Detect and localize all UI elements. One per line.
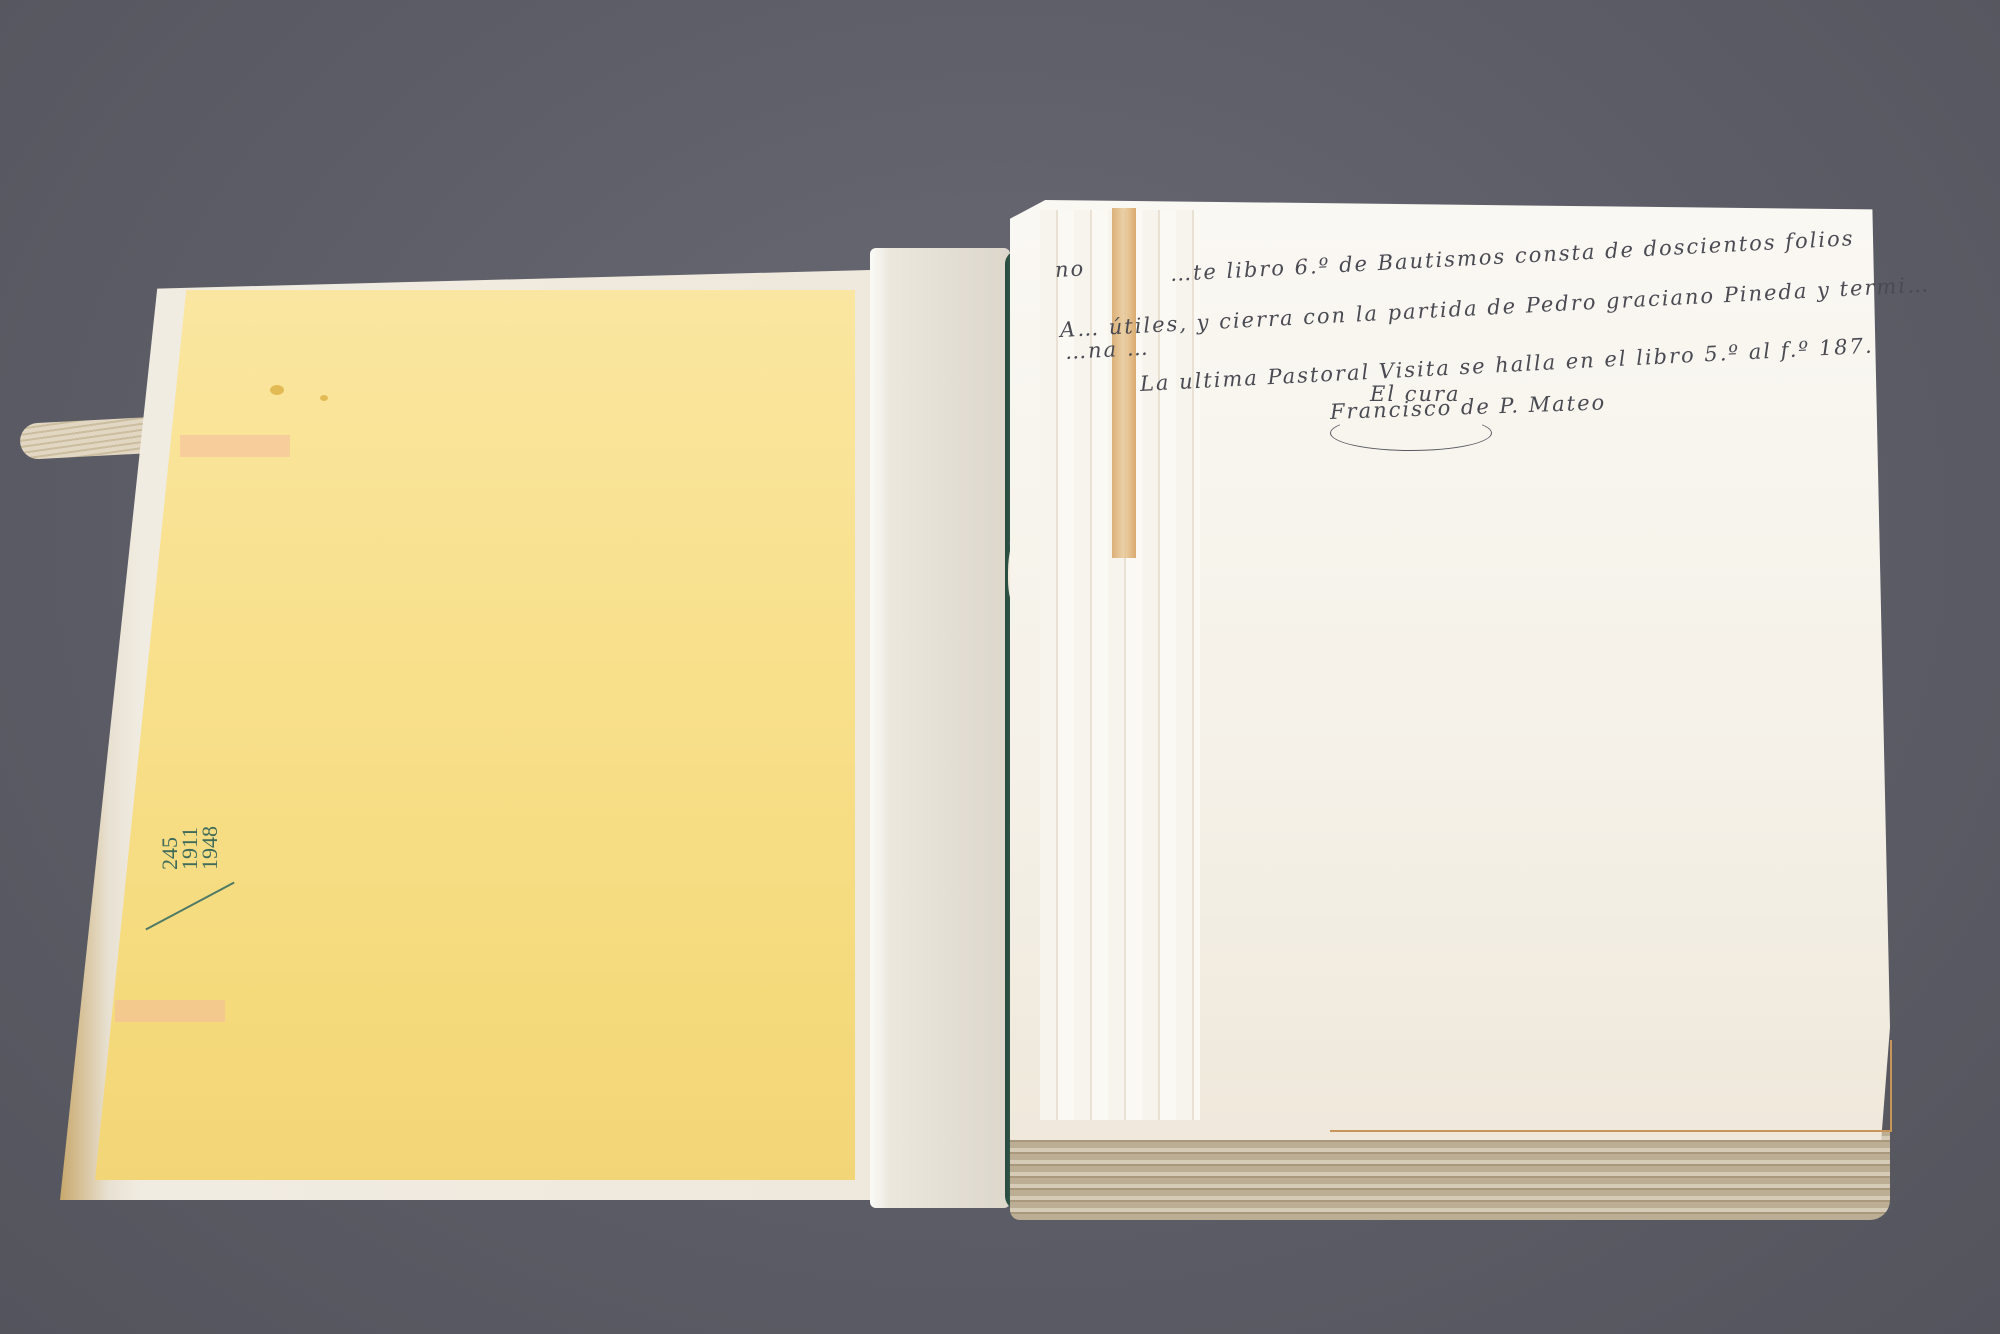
pencil-annotation: 245 1911 1948 bbox=[160, 826, 220, 870]
handwritten-line-4: …na … bbox=[1064, 336, 1150, 364]
spine-cloth-hinge bbox=[870, 248, 1010, 1208]
photo-scene: 245 1911 1948 ≈ ≈ no …te libro 6.º de Ba… bbox=[0, 0, 2000, 1334]
signature-flourish bbox=[1330, 415, 1492, 451]
stain bbox=[270, 385, 284, 395]
pink-residue bbox=[115, 1000, 225, 1022]
page-block-fore-edge bbox=[1010, 1130, 1890, 1220]
inner-page-edge bbox=[1330, 1040, 1892, 1132]
yellow-endpaper bbox=[95, 290, 855, 1180]
handwritten-line-1: no bbox=[1054, 256, 1085, 282]
pencil-mark-3: 1948 bbox=[200, 826, 220, 870]
aged-tape-repair bbox=[1112, 208, 1136, 558]
stain bbox=[320, 395, 328, 401]
pink-residue bbox=[180, 435, 290, 457]
